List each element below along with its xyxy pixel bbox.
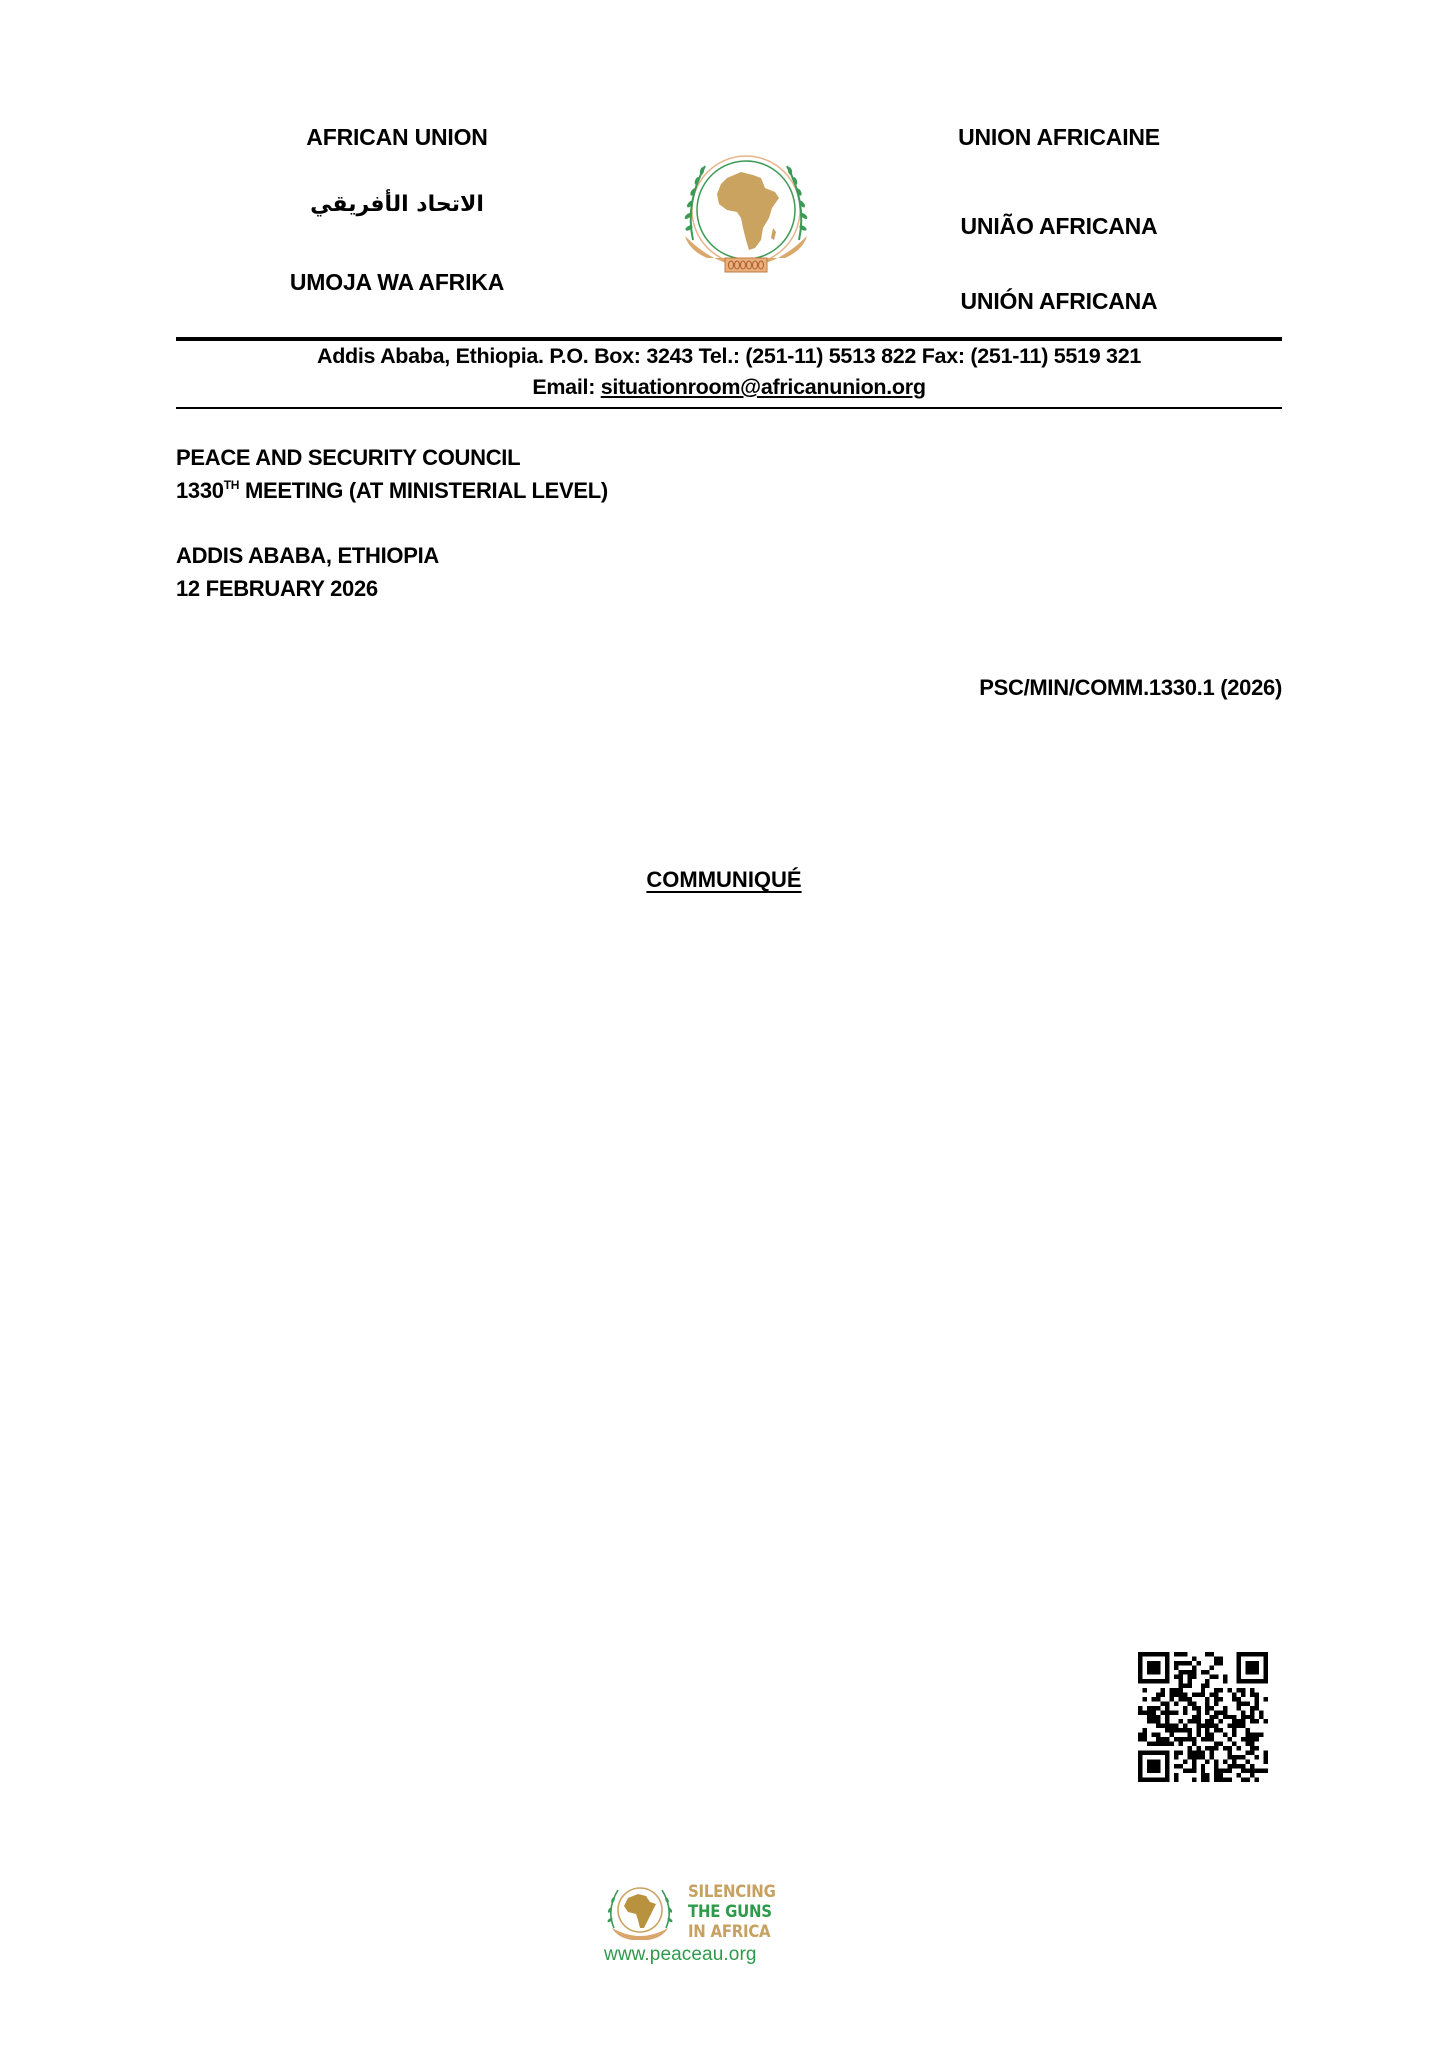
- contact-email-line: Email: situationroom@africanunion.org: [176, 375, 1282, 400]
- meeting-number: 1330: [176, 478, 224, 503]
- meeting-title: 1330TH MEETING (AT MINISTERIAL LEVEL): [176, 478, 608, 504]
- meeting-location: ADDIS ABABA, ETHIOPIA: [176, 543, 439, 569]
- campaign-line-2: THE GUNS: [688, 1902, 772, 1922]
- peaceau-url-link[interactable]: www.peaceau.org: [604, 1944, 757, 1966]
- contact-address: Addis Ababa, Ethiopia. P.O. Box: 3243 Te…: [176, 344, 1282, 369]
- org-name-english: AFRICAN UNION: [306, 124, 487, 151]
- campaign-line-3: IN AFRICA: [688, 1922, 770, 1942]
- document-reference: PSC/MIN/COMM.1330.1 (2026): [979, 675, 1282, 701]
- council-name: PEACE AND SECURITY COUNCIL: [176, 445, 520, 471]
- email-link[interactable]: situationroom@africanunion.org: [601, 375, 926, 399]
- silencing-the-guns-emblem-icon: [604, 1882, 676, 1944]
- header-rule-thin: [176, 407, 1282, 409]
- meeting-rest: MEETING (AT MINISTERIAL LEVEL): [239, 478, 608, 503]
- campaign-line-1: SILENCING: [688, 1882, 776, 1902]
- african-union-emblem-icon: [675, 148, 817, 278]
- org-name-arabic: الاتحاد الأفريقي: [310, 192, 484, 217]
- org-name-swahili: UMOJA WA AFRIKA: [290, 269, 504, 296]
- org-name-spanish: UNIÓN AFRICANA: [961, 288, 1158, 315]
- meeting-suffix: TH: [224, 478, 239, 492]
- meeting-date: 12 FEBRUARY 2026: [176, 576, 378, 602]
- email-label: Email:: [532, 375, 600, 399]
- header-rule-thick: [176, 337, 1282, 341]
- document-title: COMMUNIQUÉ: [0, 867, 1448, 893]
- qr-code-icon[interactable]: [1138, 1652, 1268, 1782]
- org-name-french: UNION AFRICAINE: [958, 124, 1160, 151]
- org-name-portuguese: UNIÃO AFRICANA: [961, 213, 1158, 240]
